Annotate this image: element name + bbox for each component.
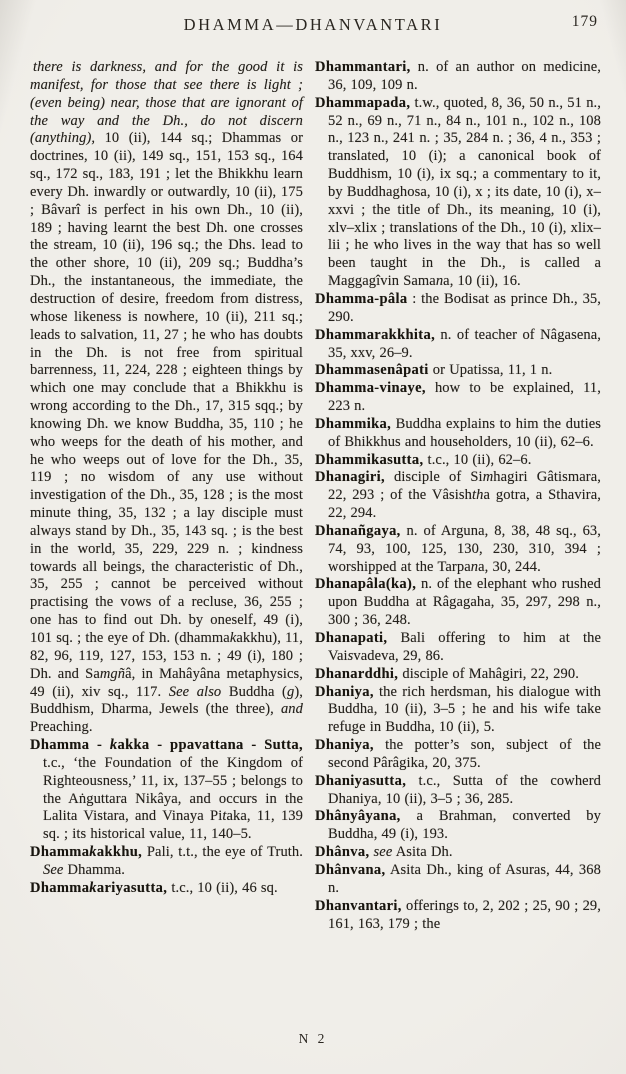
index-entry: Dhaniya, the potter’s son, subject of th…	[315, 737, 601, 773]
index-entry: Dhanañgaya, n. of Arguna, 8, 38, 48 sq.,…	[315, 523, 601, 577]
entry-text: See	[43, 862, 63, 878]
entry-text: t.c., 10 (ii), 62–6.	[423, 452, 531, 468]
continued-paragraph: there is darkness, and for the good it i…	[30, 59, 303, 737]
entry-text: and	[281, 701, 303, 717]
index-entry: Dhammarakkhita, n. of teacher of Nâgasen…	[315, 327, 601, 363]
index-entry: Dhanapâla(ka), n. of the elephant who ru…	[315, 576, 601, 630]
index-entry: Dhamma - kakka - ppavattana - Sutta, t.c…	[30, 737, 303, 844]
headword: Dhanvantari,	[315, 898, 402, 914]
headword: k	[89, 880, 97, 896]
running-title: DHAMMA—DHANVANTARI	[0, 15, 626, 35]
index-entry: Dhânva, see Asita Dh.	[315, 844, 601, 862]
index-entry: Dhamma-pâla : the Bodisat as prince Dh.,…	[315, 291, 601, 327]
headword: Dhammikasutta,	[315, 452, 423, 468]
entry-text: a, 10 (ii), 16.	[443, 273, 521, 289]
index-columns: there is darkness, and for the good it i…	[0, 59, 626, 933]
headword: Dhamma-vinaye,	[315, 380, 426, 396]
headword: Dhammika,	[315, 416, 391, 432]
entry-text: t.c., 10 (ii), 46 sq.	[167, 880, 278, 896]
entry-text: disciple of Si	[385, 469, 483, 485]
headword: Dhammarakkhita,	[315, 327, 435, 343]
headword: akka - ppavattana - Sutta,	[117, 737, 303, 753]
entry-text: disciple of Mahâgiri, 22, 290.	[398, 666, 579, 682]
index-entry: Dhanvantari, offerings to, 2, 202 ; 25, …	[315, 898, 601, 934]
page-number: 179	[572, 13, 598, 31]
headword: Dhanapati,	[315, 630, 387, 646]
entry-text: t.w., quoted, 8, 36, 50 n., 51 n., 52 n.…	[328, 95, 601, 289]
headword: Dhammapada,	[315, 95, 410, 111]
entry-text: mgñ	[100, 666, 125, 682]
headword: Dhanarddhi,	[315, 666, 398, 682]
headword: ariyasutta,	[97, 880, 167, 896]
headword: Dhânyâyana,	[315, 808, 401, 824]
page-header: DHAMMA—DHANVANTARI 179	[0, 0, 626, 39]
index-entry: Dhaniya, the rich herdsman, his dialogue…	[315, 684, 601, 738]
index-entry: Dhamma-vinaye, how to be explained, 11, …	[315, 380, 601, 416]
headword: Dhânvana,	[315, 862, 385, 878]
index-entry: Dhammantari, n. of an author on medicine…	[315, 59, 601, 95]
index-entry: Dhanagiri, disciple of Simhagiri Gâtisma…	[315, 469, 601, 523]
index-entry: Dhânyâyana, a Brahman, converted by Budd…	[315, 808, 601, 844]
index-entry: Dhânvana, Asita Dh., king of Asuras, 44,…	[315, 862, 601, 898]
index-entry: Dhaniyasutta, t.c., Sutta of the cowherd…	[315, 773, 601, 809]
index-entry: Dhanapati, Bali offering to him at the V…	[315, 630, 601, 666]
entry-text: n	[471, 559, 478, 575]
index-entry: Dhammapada, t.w., quoted, 8, 36, 50 n., …	[315, 95, 601, 291]
headword: Dhaniya,	[315, 684, 374, 700]
signature-mark: N 2	[0, 1031, 626, 1047]
headword: Dhammasenâpati	[315, 362, 429, 378]
entry-text: Buddha (	[221, 684, 287, 700]
index-entry: Dhammakakkhu, Pali, t.t., the eye of Tru…	[30, 844, 303, 880]
headword: Dhaniya,	[315, 737, 374, 753]
headword: Dhamma-pâla	[315, 291, 407, 307]
index-entry: Dhammika, Buddha explains to him the dut…	[315, 416, 601, 452]
headword: Dhammantari,	[315, 59, 411, 75]
entry-text: see	[369, 844, 392, 860]
entry-text: Pali, t.t., the eye of Truth.	[142, 844, 303, 860]
headword: Dhanapâla(ka),	[315, 576, 416, 592]
index-entry: Dhanarddhi, disciple of Mahâgiri, 22, 29…	[315, 666, 601, 684]
headword: Dhamma -	[30, 737, 110, 753]
headword: akkhu,	[97, 844, 142, 860]
book-page: DHAMMA—DHANVANTARI 179 there is darkness…	[0, 0, 626, 1074]
left-column: there is darkness, and for the good it i…	[30, 59, 303, 933]
entry-text: a, 30, 244.	[478, 559, 541, 575]
index-entry: Dhammakariyasutta, t.c., 10 (ii), 46 sq.	[30, 880, 303, 898]
headword: k	[89, 844, 97, 860]
headword: Dhamma	[30, 844, 89, 860]
entry-text: Dhamma.	[63, 862, 125, 878]
entry-text: vadeva, 29, 86.	[353, 648, 443, 664]
entry-text: Asita Dh.	[392, 844, 452, 860]
index-entry: Dhammasenâpati or Upatissa, 11, 1 n.	[315, 362, 601, 380]
headword: Dhanañgaya,	[315, 523, 401, 539]
entry-text: m	[483, 469, 494, 485]
entry-text: or Upatissa, 11, 1 n.	[429, 362, 553, 378]
entry-text: See also	[169, 684, 222, 700]
entry-text: th	[472, 487, 483, 503]
entry-text: 10 (ii), 144 sq.; Dhammas or doctrines, …	[30, 130, 303, 646]
index-entry: Dhammikasutta, t.c., 10 (ii), 62–6.	[315, 452, 601, 470]
right-column: Dhammantari, n. of an author on medicine…	[315, 59, 601, 933]
headword: Dhanagiri,	[315, 469, 385, 485]
entry-text: Preaching.	[30, 719, 93, 735]
headword: Dhânva,	[315, 844, 369, 860]
headword: Dhaniyasutta,	[315, 773, 406, 789]
headword: Dhamma	[30, 880, 89, 896]
